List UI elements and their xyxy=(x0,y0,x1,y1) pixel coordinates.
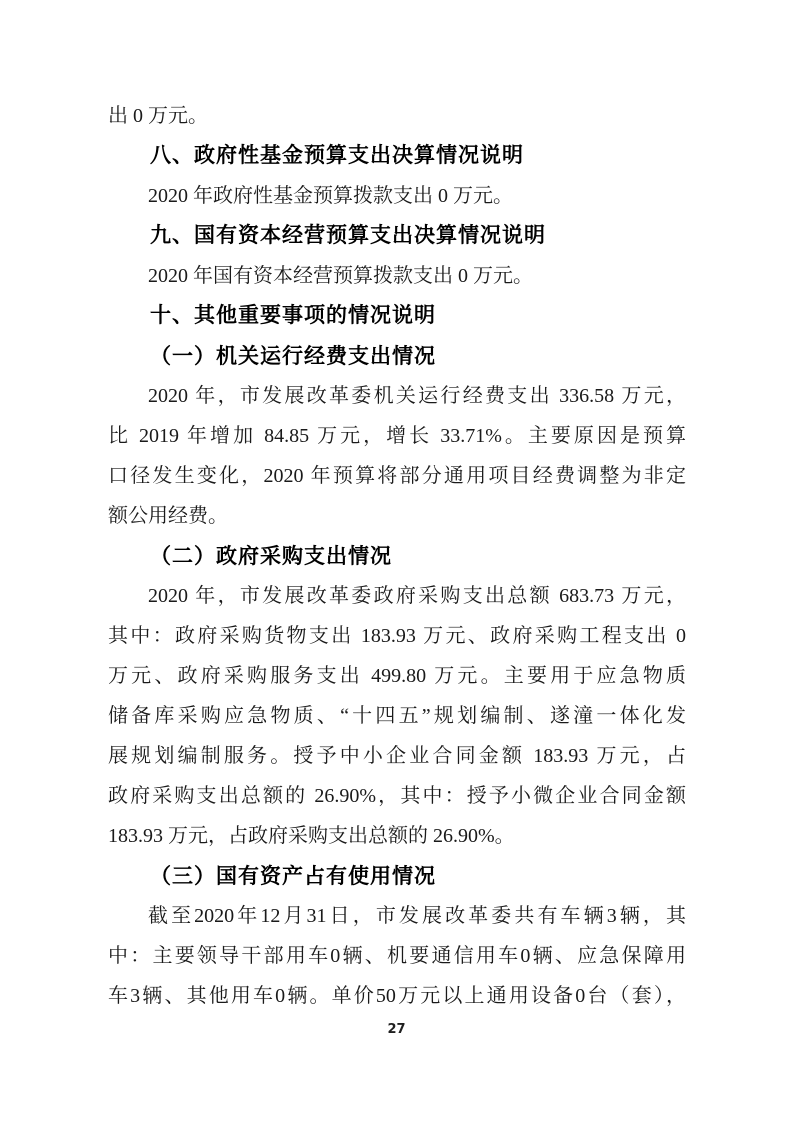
document-page: 出 0 万元。 八、政府性基金预算支出决算情况说明 2020 年政府性基金预算拨… xyxy=(0,0,793,1122)
document-body: 出 0 万元。 八、政府性基金预算支出决算情况说明 2020 年政府性基金预算拨… xyxy=(108,96,686,1016)
body-line: 出 0 万元。 xyxy=(108,96,686,136)
body-line: 2020 年，市发展改革委机关运行经费支出 336.58 万元， xyxy=(108,376,686,416)
body-line: 2020 年政府性基金预算拨款支出 0 万元。 xyxy=(108,176,686,216)
body-line: 中：主要领导干部用车0辆、机要通信用车0辆、应急保障用 xyxy=(108,936,686,976)
body-line: 2020 年国有资本经营预算拨款支出 0 万元。 xyxy=(108,256,686,296)
body-line: 额公用经费。 xyxy=(108,496,686,536)
body-line: 万元、政府采购服务支出 499.80 万元。主要用于应急物质 xyxy=(108,656,686,696)
body-line: 展规划编制服务。授予中小企业合同金额 183.93 万元，占 xyxy=(108,736,686,776)
body-line: 储备库采购应急物质、“十四五”规划编制、遂潼一体化发 xyxy=(108,696,686,736)
body-line: 截至2020年12月31日，市发展改革委共有车辆3辆，其 xyxy=(108,896,686,936)
subsection-heading-1: （一）机关运行经费支出情况 xyxy=(108,336,686,376)
section-heading-ix: 九、国有资本经营预算支出决算情况说明 xyxy=(108,216,686,256)
subsection-heading-2: （二）政府采购支出情况 xyxy=(108,536,686,576)
section-heading-x: 十、其他重要事项的情况说明 xyxy=(108,296,686,336)
body-line: 183.93 万元，占政府采购支出总额的 26.90%。 xyxy=(108,816,686,856)
subsection-heading-3: （三）国有资产占有使用情况 xyxy=(108,856,686,896)
body-line: 车3辆、其他用车0辆。单价50万元以上通用设备0台（套）， xyxy=(108,976,686,1016)
body-line: 其中：政府采购货物支出 183.93 万元、政府采购工程支出 0 xyxy=(108,616,686,656)
body-line: 比 2019 年增加 84.85 万元，增长 33.71%。主要原因是预算 xyxy=(108,416,686,456)
body-line: 口径发生变化，2020 年预算将部分通用项目经费调整为非定 xyxy=(108,456,686,496)
body-line: 2020 年，市发展改革委政府采购支出总额 683.73 万元， xyxy=(108,576,686,616)
page-number: 27 xyxy=(0,1022,793,1037)
section-heading-viii: 八、政府性基金预算支出决算情况说明 xyxy=(108,136,686,176)
body-line: 政府采购支出总额的 26.90%，其中：授予小微企业合同金额 xyxy=(108,776,686,816)
